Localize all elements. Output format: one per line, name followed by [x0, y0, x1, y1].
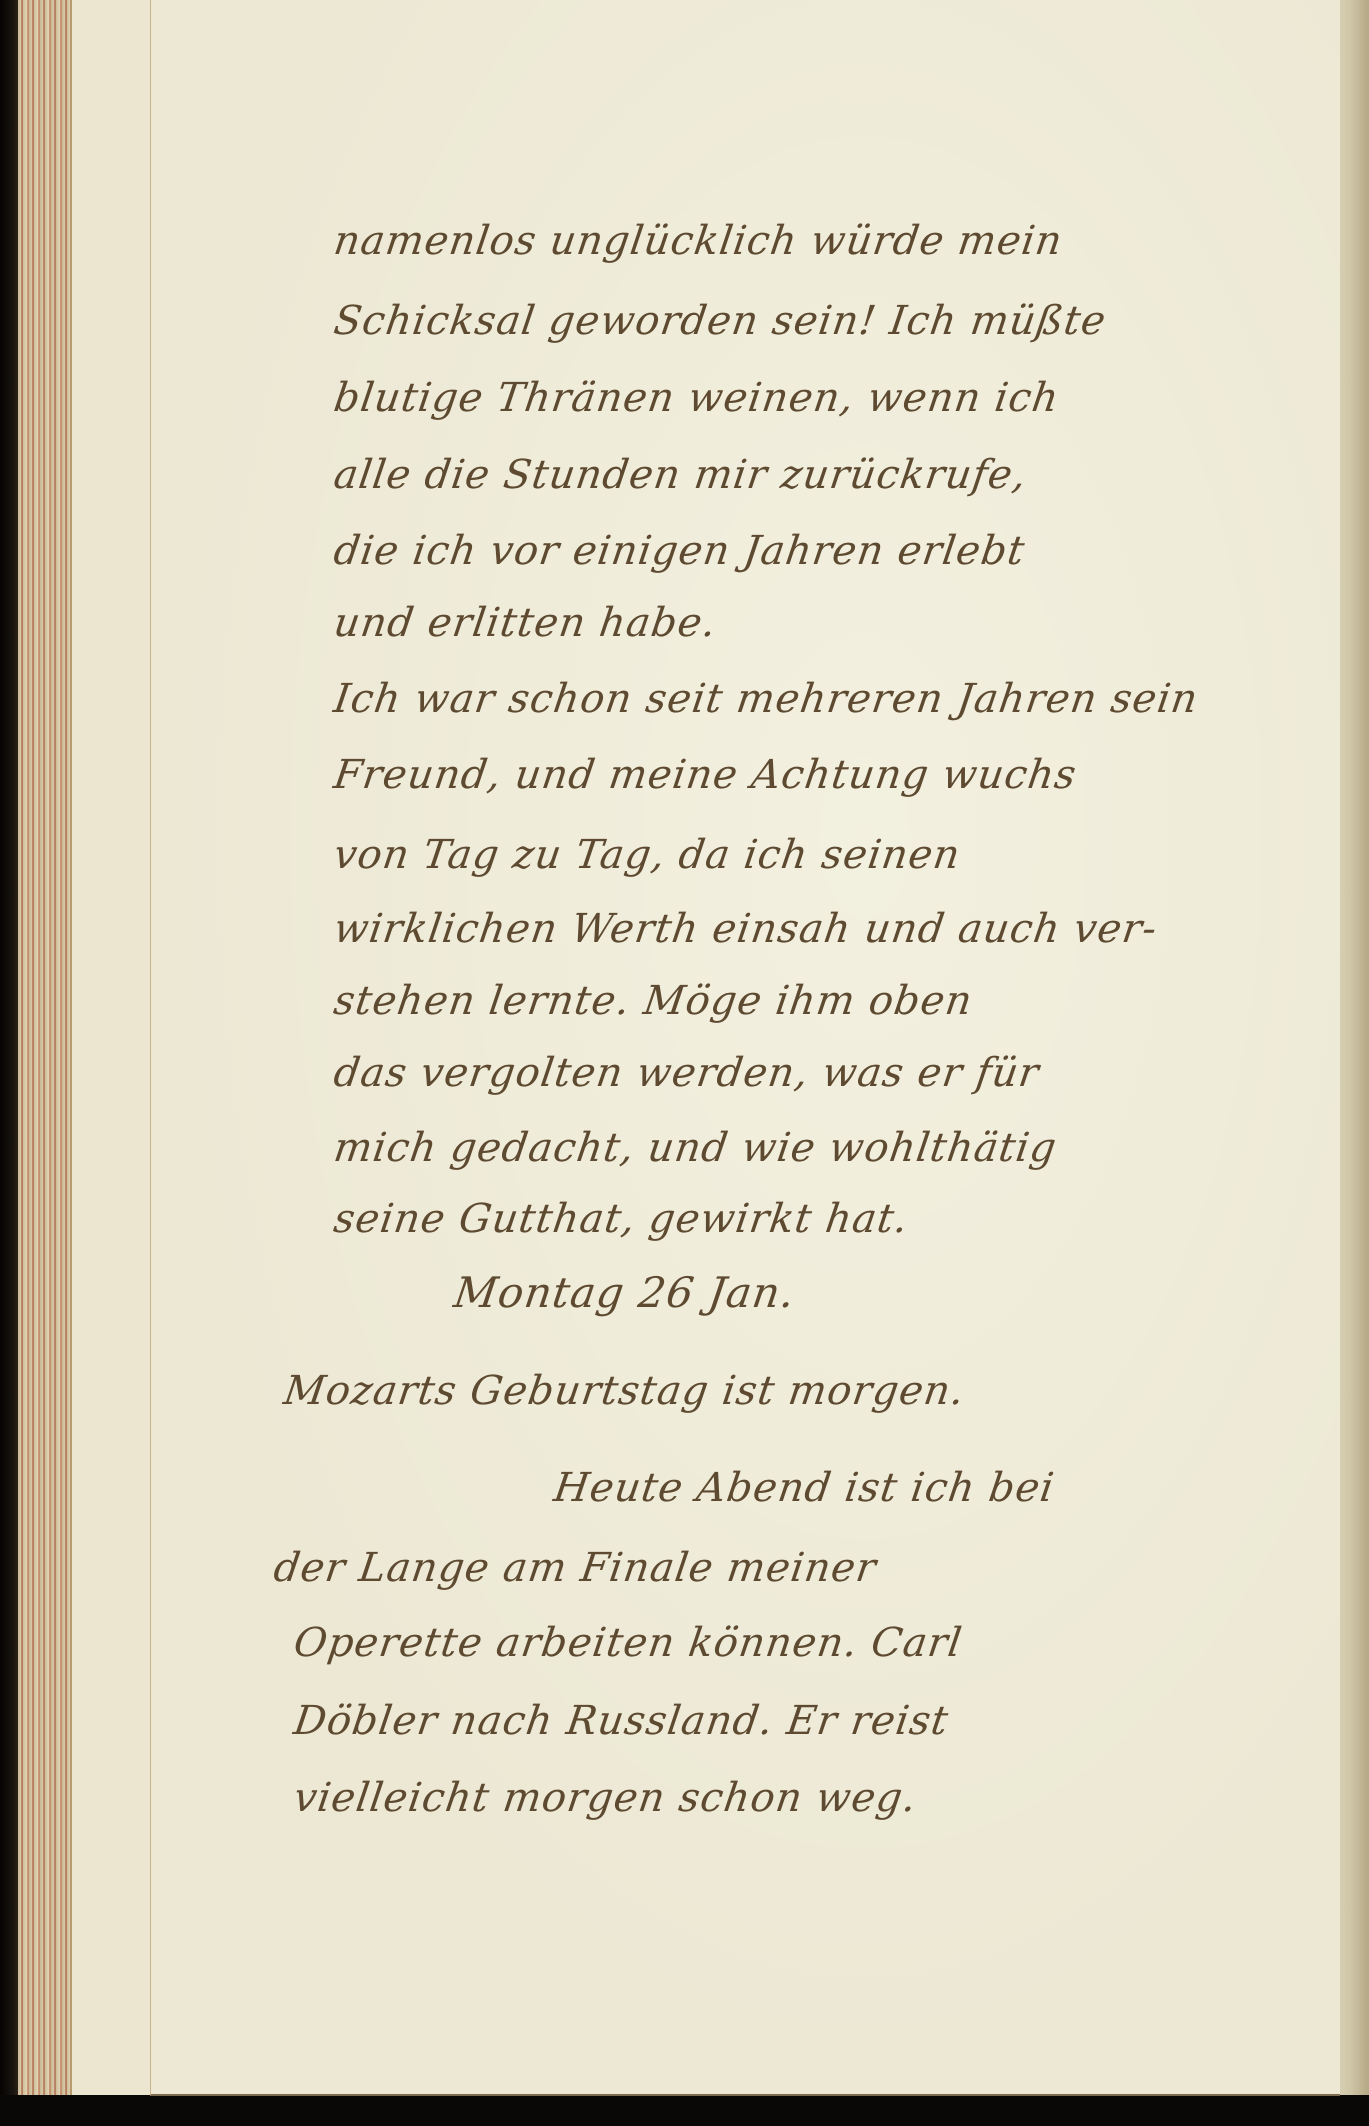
text-line: Mozarts Geburtstag ist morgen.	[281, 1368, 968, 1414]
previous-leaf-edge	[70, 0, 160, 2112]
next-leaf-edge	[1338, 0, 1369, 2100]
handwritten-text: namenlos unglücklich würde mein Schicksa…	[151, 0, 1340, 2094]
text-line: seine Gutthat, gewirkt hat.	[331, 1196, 911, 1242]
text-line: Döbler nach Russland. Er reist	[291, 1698, 952, 1744]
text-line: die ich vor einigen Jahren erlebt	[331, 528, 1028, 574]
text-line: das vergolten werden, was er für	[331, 1050, 1042, 1096]
text-line: Freund, und meine Achtung wuchs	[331, 752, 1080, 798]
stacked-page-edges	[18, 0, 70, 2110]
text-line: von Tag zu Tag, da ich seinen	[331, 832, 963, 878]
text-line: wirklichen Werth einsah und auch ver-	[331, 906, 1160, 952]
bottom-shadow	[0, 2095, 1369, 2126]
text-line: alle die Stunden mir zurückrufe,	[331, 452, 1030, 498]
text-line: vielleicht morgen schon weg.	[291, 1775, 920, 1821]
text-line: blutige Thränen weinen, wenn ich	[331, 375, 1062, 421]
text-line: Operette arbeiten können. Carl	[291, 1620, 965, 1666]
entry-date: Montag 26 Jan.	[451, 1268, 798, 1317]
text-line: Schicksal geworden sein! Ich müßte	[331, 298, 1109, 344]
text-line: namenlos unglücklich würde mein	[331, 218, 1066, 264]
text-line: und erlitten habe.	[331, 600, 720, 646]
text-line: stehen lernte. Möge ihm oben	[331, 978, 976, 1024]
text-line: mich gedacht, und wie wohlthätig	[331, 1125, 1060, 1171]
text-line: Ich war schon seit mehreren Jahren sein	[331, 676, 1201, 722]
manuscript-page: namenlos unglücklich würde mein Schicksa…	[150, 0, 1340, 2096]
text-line: Heute Abend ist ich bei	[551, 1465, 1057, 1511]
text-line: der Lange am Finale meiner	[271, 1545, 880, 1591]
